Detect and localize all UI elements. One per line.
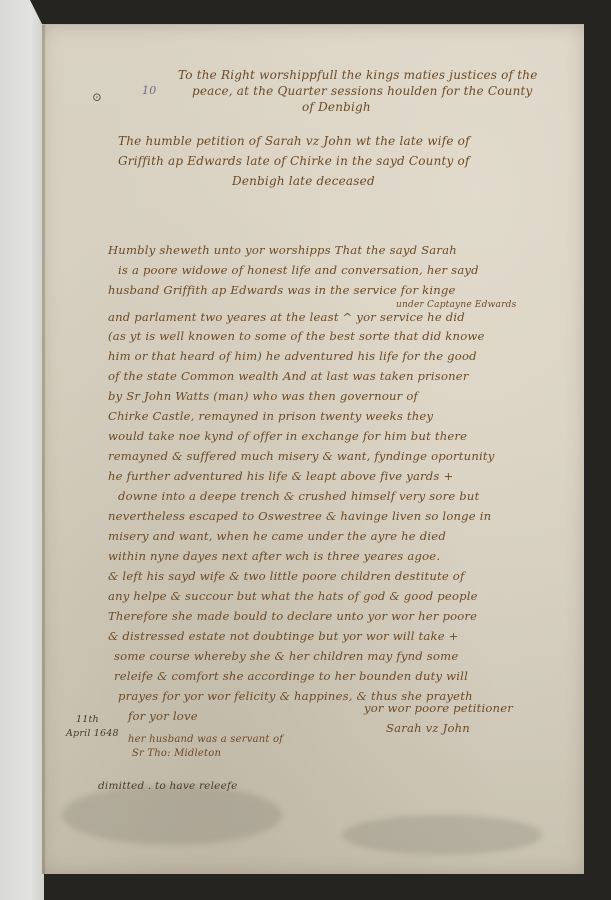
address-line: peace, at the Quarter sessions houlden f… — [192, 85, 533, 97]
address-line: To the Right worshippfull the kings mati… — [178, 69, 538, 81]
body-line: by Sr John Watts (man) who was then gove… — [108, 391, 418, 403]
body-line: him or that heard of him) he adventured … — [108, 351, 477, 363]
body-line: of the state Common wealth And at last w… — [108, 371, 469, 383]
body-line: & distressed estate not doubtinge but yo… — [108, 631, 459, 643]
body-line: remayned & suffered much misery & want, … — [108, 451, 495, 463]
body-line: & left his sayd wife & two little poore … — [108, 571, 464, 583]
signature: Sarah vz John — [386, 723, 470, 735]
title-line: Denbigh late deceased — [232, 175, 375, 187]
note-line: Sr Tho: Midleton — [132, 749, 221, 759]
body-line: husband Griffith ap Edwards was in the s… — [108, 285, 456, 297]
body-line: and parlament two yeares at the least ^ … — [108, 312, 465, 324]
body-line: Humbly sheweth unto yor worshipps That t… — [108, 245, 457, 257]
body-line: releife & comfort she accordinge to her … — [114, 671, 468, 683]
body-line: some course whereby she & her children m… — [114, 651, 458, 663]
title-line: Griffith ap Edwards late of Chirke in th… — [118, 155, 470, 167]
closing-line: yor wor poore petitioner — [364, 703, 513, 715]
manuscript-page: ⊙ 10 To the Right worshippfull the kings… — [42, 24, 584, 874]
paper-stain — [62, 785, 282, 845]
margin-date-day: 11th — [76, 715, 99, 725]
body-line: misery and want, when he came under the … — [108, 531, 446, 543]
interlinear-note: under Captayne Edwards — [396, 301, 516, 310]
body-line: he further adventured his life & leapt a… — [108, 471, 453, 483]
body-line: for yor love — [128, 711, 198, 723]
body-line: is a poore widowe of honest life and con… — [118, 265, 479, 277]
title-line: The humble petition of Sarah vz John wt … — [118, 135, 470, 147]
paper-stain — [342, 815, 542, 855]
body-line: Therefore she made bould to declare unto… — [108, 611, 477, 623]
endorsement: dimitted . to have releefe — [98, 781, 238, 792]
body-line: within nyne dayes next after wch is thre… — [108, 551, 440, 563]
folio-number: 10 — [142, 85, 156, 96]
body-line: nevertheless escaped to Oswestree & havi… — [108, 511, 491, 523]
scan-left-margin-strip — [0, 0, 44, 900]
margin-mark-icon: ⊙ — [92, 91, 102, 103]
body-line: any helpe & succour but what the hats of… — [108, 591, 478, 603]
body-line: Chirke Castle, remayned in prison twenty… — [108, 411, 433, 423]
address-line: of Denbigh — [302, 101, 371, 113]
body-line: downe into a deepe trench & crushed hims… — [118, 491, 479, 503]
body-line: would take noe kynd of offer in exchange… — [108, 431, 467, 443]
margin-date-month-year: April 1648 — [66, 729, 119, 739]
body-line: (as yt is well knowen to some of the bes… — [108, 331, 485, 343]
note-line: her husband was a servant of — [128, 735, 283, 745]
